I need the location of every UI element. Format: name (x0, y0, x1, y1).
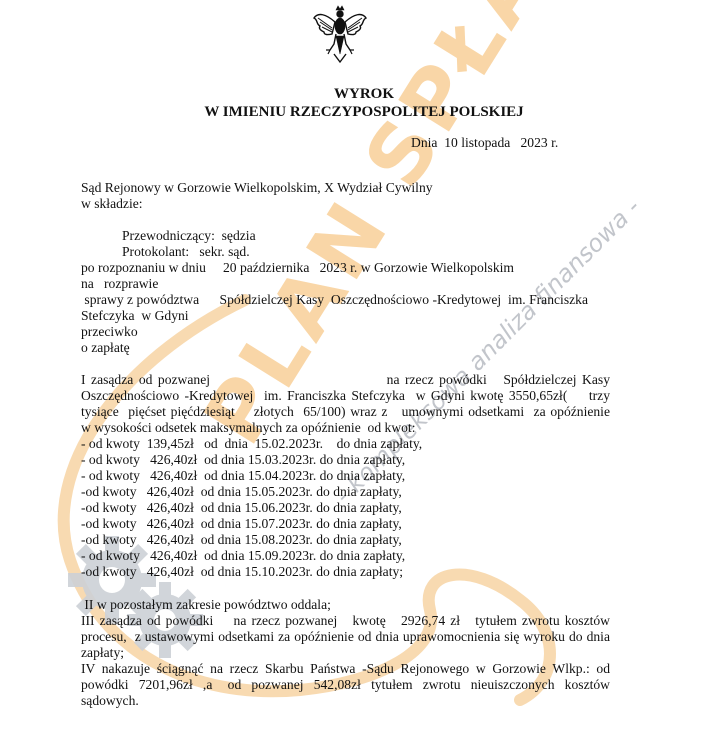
court-name: Sąd Rejonowy w Gorzowie Wielkopolskim, X… (81, 180, 433, 196)
court-clerk: Protokolant: sekr. sąd. (122, 244, 250, 260)
ruling-point-1-line: Oszczędnościowo -Kredytowej im. Francisz… (81, 388, 610, 404)
hearing-date: po rozpoznaniu w dniu 20 października 20… (81, 260, 514, 276)
interest-item: -od kwoty 426,40zł od dnia 15.10.2023r. … (81, 564, 403, 580)
judgment-date: Dnia 10 listopada 2023 r. (411, 135, 558, 151)
ruling-point-4-line: powódki 7201,96zł ,a od pozwanej 542,08z… (81, 677, 610, 693)
court-judgment-page: WYROK W IMIENIU RZECZYPOSPOLITEJ POLSKIE… (0, 0, 704, 730)
interest-item: - od kwoty 426,40zł od dnia 15.09.2023r.… (81, 548, 405, 564)
interest-item: -od kwoty 426,40zł od dnia 15.06.2023r. … (81, 500, 402, 516)
interest-item: - od kwoty 426,40zł od dnia 15.03.2023r.… (81, 452, 405, 468)
ruling-point-1-line: I zasądza od pozwanej na rzecz powódki S… (81, 372, 610, 388)
polish-eagle-emblem-icon (312, 4, 368, 64)
interest-item: -od kwoty 426,40zł od dnia 15.08.2023r. … (81, 532, 402, 548)
judgment-title: WYROK (12, 86, 704, 103)
case-subject: o zapłatę (81, 340, 130, 356)
judgment-subtitle: W IMIENIU RZECZYPOSPOLITEJ POLSKIEJ (12, 104, 704, 121)
interest-item: -od kwoty 426,40zł od dnia 15.07.2023r. … (81, 516, 402, 532)
ruling-point-3-line: zapłaty; (81, 645, 610, 661)
case-plaintiff-line1: sprawy z powództwa Spółdzielczej Kasy Os… (81, 292, 588, 308)
ruling-point-4-line: sądowych. (81, 693, 610, 709)
ruling-point-3: III zasądza od powódki na rzecz pozwanej… (81, 613, 610, 661)
case-plaintiff-line2: Stefczyka w Gdyni (81, 308, 189, 324)
ruling-point-3-line: III zasądza od powódki na rzecz pozwanej… (81, 613, 610, 629)
presiding-judge: Przewodniczący: sędzia (122, 228, 256, 244)
court-composition-label: w składzie: (81, 196, 143, 212)
ruling-point-3-line: procesu, z ustawowymi odsetkami za opóźn… (81, 629, 610, 645)
ruling-point-1-line: w wysokości odsetek maksymalnych za opóź… (81, 420, 610, 436)
interest-item: - od kwoty 139,45zł od dnia 15.02.2023r.… (81, 436, 422, 452)
ruling-point-4-line: IV nakazuje ściągnąć na rzecz Skarbu Pań… (81, 661, 610, 677)
ruling-point-1: I zasądza od pozwanej na rzecz powódki S… (81, 372, 610, 436)
ruling-point-4: IV nakazuje ściągnąć na rzecz Skarbu Pań… (81, 661, 610, 709)
interest-item: -od kwoty 426,40zł od dnia 15.05.2023r. … (81, 484, 402, 500)
ruling-point-1-line: tysiące pięćset pięćdziesiąt złotych 65/… (81, 404, 610, 420)
interest-item: - od kwoty 426,40zł od dnia 15.04.2023r.… (81, 468, 405, 484)
case-against: przeciwko (81, 324, 138, 340)
session-type: na rozprawie (81, 276, 158, 292)
ruling-point-2: II w pozostałym zakresie powództwo oddal… (81, 597, 331, 613)
